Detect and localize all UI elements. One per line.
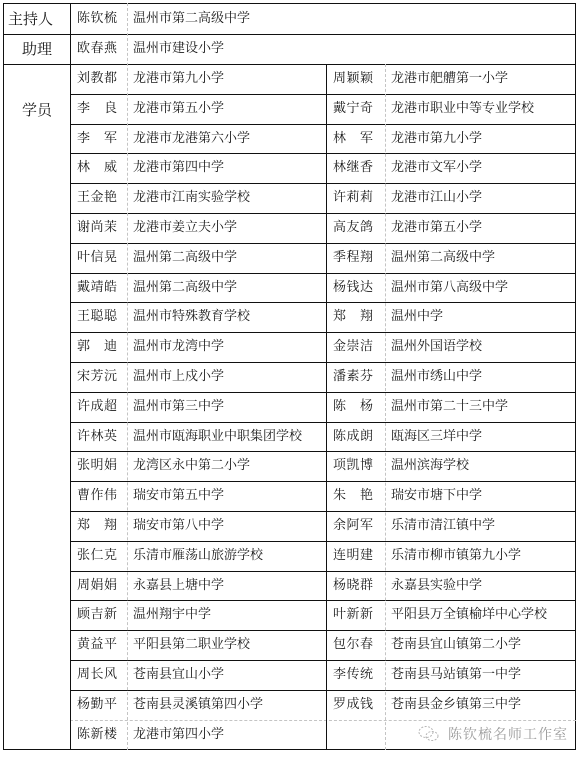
student-school: 瑞安市第五中学	[133, 481, 224, 511]
student-school: 温州翔宇中学	[133, 600, 211, 630]
student-school: 龙港市龙港第六小学	[133, 124, 250, 154]
student-name: 戴宁奇	[333, 94, 374, 124]
student-name: 周长风	[77, 660, 118, 690]
student-school: 温州第二高级中学	[391, 243, 495, 273]
student-name: 许成超	[77, 392, 118, 422]
student-name: 王金艳	[77, 183, 118, 213]
student-school: 永嘉县实验中学	[391, 571, 482, 601]
student-name: 曹作伟	[77, 481, 118, 511]
student-school: 温州第二高级中学	[133, 243, 237, 273]
student-school: 永嘉县上塘中学	[133, 571, 224, 601]
student-school: 温州滨海学校	[391, 451, 469, 481]
watermark: 陈钦梳名师工作室	[418, 721, 568, 747]
student-school: 龙港市姜立夫小学	[133, 213, 237, 243]
watermark-text: 陈钦梳名师工作室	[448, 724, 568, 744]
students-role-label: 学员	[22, 95, 52, 125]
student-school: 乐清市柳市镇第九小学	[391, 541, 521, 571]
student-school: 苍南县宜山镇第二小学	[391, 630, 521, 660]
student-name: 杨晓群	[333, 571, 374, 601]
student-name: 许林英	[77, 422, 118, 452]
student-name: 连明建	[333, 541, 374, 571]
student-school: 乐清市清江镇中学	[391, 511, 495, 541]
assistant-role-label: 助理	[22, 34, 52, 64]
student-school: 龙港市江南实验学校	[133, 183, 250, 213]
student-name: 张明娟	[77, 451, 118, 481]
student-name: 许莉莉	[333, 183, 374, 213]
student-name: 黄益平	[77, 630, 118, 660]
student-school: 龙港市第五小学	[133, 94, 224, 124]
student-school: 龙港市舥艚第一小学	[391, 64, 508, 94]
student-school: 平阳县第二职业学校	[133, 630, 250, 660]
student-name: 戴靖皓	[77, 273, 118, 303]
assistant-school: 温州市建设小学	[133, 34, 224, 64]
student-school: 温州市特殊教育学校	[133, 302, 250, 332]
student-name: 杨钱达	[333, 273, 374, 303]
student-school: 温州市龙湾中学	[133, 332, 224, 362]
student-school: 龙湾区永中第二小学	[133, 451, 250, 481]
student-name: 刘教都	[77, 64, 118, 94]
student-school: 苍南县马站镇第一中学	[391, 660, 521, 690]
student-name: 季程翔	[333, 243, 374, 273]
student-name: 叶信晃	[77, 243, 118, 273]
student-school: 瑞安市塘下中学	[391, 481, 482, 511]
student-name: 郑 翔	[333, 302, 374, 332]
student-school: 瑞安市第八中学	[133, 511, 224, 541]
student-name: 林 威	[77, 153, 118, 183]
col-divider	[326, 64, 327, 750]
student-name: 陈成朗	[333, 422, 374, 452]
student-school: 龙港市第九小学	[391, 124, 482, 154]
student-school: 温州第二高级中学	[133, 273, 237, 303]
student-name: 林 军	[333, 124, 374, 154]
assistant-name: 欧春燕	[77, 34, 118, 64]
student-name: 陈新楼	[77, 720, 118, 750]
student-school: 温州市瓯海职业中职集团学校	[133, 422, 302, 452]
student-school: 苍南县灵溪镇第四小学	[133, 690, 263, 720]
student-name: 顾吉新	[77, 600, 118, 630]
student-school: 温州外国语学校	[391, 332, 482, 362]
student-name: 项凯博	[333, 451, 374, 481]
student-school: 苍南县金乡镇第三中学	[391, 690, 521, 720]
wechat-icon	[418, 725, 440, 743]
student-name: 王聪聪	[77, 302, 118, 332]
student-name: 郑 翔	[77, 511, 118, 541]
student-name: 周娟娟	[77, 571, 118, 601]
student-name: 余阿军	[333, 511, 374, 541]
student-name: 李 军	[77, 124, 118, 154]
student-name: 叶新新	[333, 600, 374, 630]
student-school: 温州市绣山中学	[391, 362, 482, 392]
student-name: 朱 艳	[333, 481, 374, 511]
student-school: 平阳县万全镇榆垟中心学校	[391, 600, 547, 630]
student-school: 苍南县宜山小学	[133, 660, 224, 690]
host-role-label: 主持人	[8, 4, 53, 34]
student-name: 李传统	[333, 660, 374, 690]
student-school: 乐清市雁荡山旅游学校	[133, 541, 263, 571]
student-name: 陈 杨	[333, 392, 374, 422]
student-school: 温州市第二十三中学	[391, 392, 508, 422]
student-school: 龙港市第四小学	[133, 720, 224, 750]
student-school: 温州市第三中学	[133, 392, 224, 422]
host-school: 温州市第二高级中学	[133, 4, 250, 34]
student-name: 杨勤平	[77, 690, 118, 720]
student-school: 温州市第八高级中学	[391, 273, 508, 303]
student-name: 林继香	[333, 153, 374, 183]
student-name: 周颖颖	[333, 64, 374, 94]
student-school: 龙港市文军小学	[391, 153, 482, 183]
student-school: 温州中学	[391, 302, 443, 332]
student-name: 郭 迪	[77, 332, 118, 362]
student-name: 谢尚茉	[77, 213, 118, 243]
student-name: 罗成钱	[333, 690, 374, 720]
student-name: 潘素芬	[333, 362, 374, 392]
student-name: 包尔春	[333, 630, 374, 660]
col-divider-dashed	[127, 3, 128, 750]
host-name: 陈钦梳	[77, 4, 118, 34]
student-name: 金崇洁	[333, 332, 374, 362]
col-divider-dashed	[385, 64, 386, 750]
student-name: 宋芳沅	[77, 362, 118, 392]
col-divider	[70, 3, 71, 750]
student-school: 龙港市第五小学	[391, 213, 482, 243]
student-school: 龙港市江山小学	[391, 183, 482, 213]
student-name: 高友鸽	[333, 213, 374, 243]
student-school: 温州市上戍小学	[133, 362, 224, 392]
student-school: 龙港市职业中等专业学校	[391, 94, 534, 124]
student-school: 龙港市第四中学	[133, 153, 224, 183]
student-school: 瓯海区三垟中学	[391, 422, 482, 452]
student-name: 李 良	[77, 94, 118, 124]
student-name: 张仁克	[77, 541, 118, 571]
student-school: 龙港市第九小学	[133, 64, 224, 94]
